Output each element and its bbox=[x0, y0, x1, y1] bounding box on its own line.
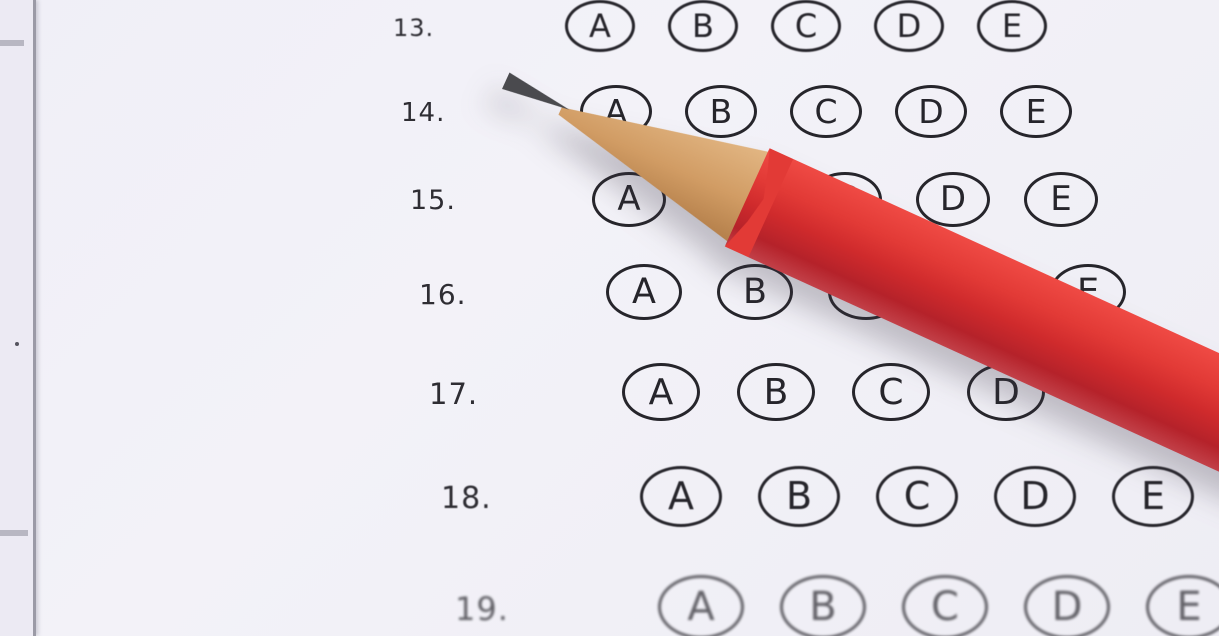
question-number: 13. bbox=[393, 14, 434, 42]
red-pencil bbox=[470, 78, 1219, 533]
question-number: 18. bbox=[441, 481, 492, 516]
answer-bubble-e[interactable]: E bbox=[1024, 172, 1098, 227]
answer-bubble-d[interactable]: D bbox=[994, 466, 1076, 527]
page-dot bbox=[15, 342, 19, 346]
answer-bubble-d[interactable]: D bbox=[895, 85, 967, 138]
answer-bubble-a[interactable]: A bbox=[658, 575, 744, 636]
question-number: 16. bbox=[419, 278, 467, 311]
question-number: 14. bbox=[401, 98, 445, 128]
question-number: 17. bbox=[429, 377, 478, 411]
answer-bubble-b[interactable]: B bbox=[758, 466, 840, 527]
answer-bubble-a[interactable]: A bbox=[565, 0, 635, 52]
answer-bubble-c[interactable]: C bbox=[771, 0, 841, 52]
answer-bubble-c[interactable]: C bbox=[876, 466, 958, 527]
page-mark bbox=[0, 530, 28, 536]
answer-sheet-photo: 13.ABCDE14.ABCDE15.ABCDE16.ABCDE17.ABCDE… bbox=[0, 0, 1219, 636]
answer-bubble-b[interactable]: B bbox=[780, 575, 866, 636]
question-number: 15. bbox=[410, 185, 456, 216]
answer-bubble-a[interactable]: A bbox=[606, 264, 682, 320]
answer-bubble-b[interactable]: B bbox=[685, 85, 757, 138]
answer-bubble-b[interactable]: B bbox=[668, 0, 738, 52]
answer-bubble-c[interactable]: C bbox=[852, 363, 930, 421]
answer-bubble-c[interactable]: C bbox=[790, 85, 862, 138]
answer-bubble-d[interactable]: D bbox=[874, 0, 944, 52]
pencil-graphite-tip bbox=[502, 73, 573, 118]
answer-bubble-a[interactable]: A bbox=[640, 466, 722, 527]
question-number: 19. bbox=[455, 590, 509, 628]
answer-bubble-e[interactable]: E bbox=[977, 0, 1047, 52]
answer-bubble-a[interactable]: A bbox=[622, 363, 700, 421]
page-mark bbox=[0, 40, 24, 46]
adjacent-page-edge bbox=[0, 0, 36, 636]
answer-bubble-d[interactable]: D bbox=[1024, 575, 1110, 636]
answer-bubble-e[interactable]: E bbox=[1146, 575, 1219, 636]
answer-bubble-e[interactable]: E bbox=[1000, 85, 1072, 138]
answer-bubble-c[interactable]: C bbox=[902, 575, 988, 636]
answer-bubble-b[interactable]: B bbox=[737, 363, 815, 421]
answer-bubble-d[interactable]: D bbox=[916, 172, 990, 227]
